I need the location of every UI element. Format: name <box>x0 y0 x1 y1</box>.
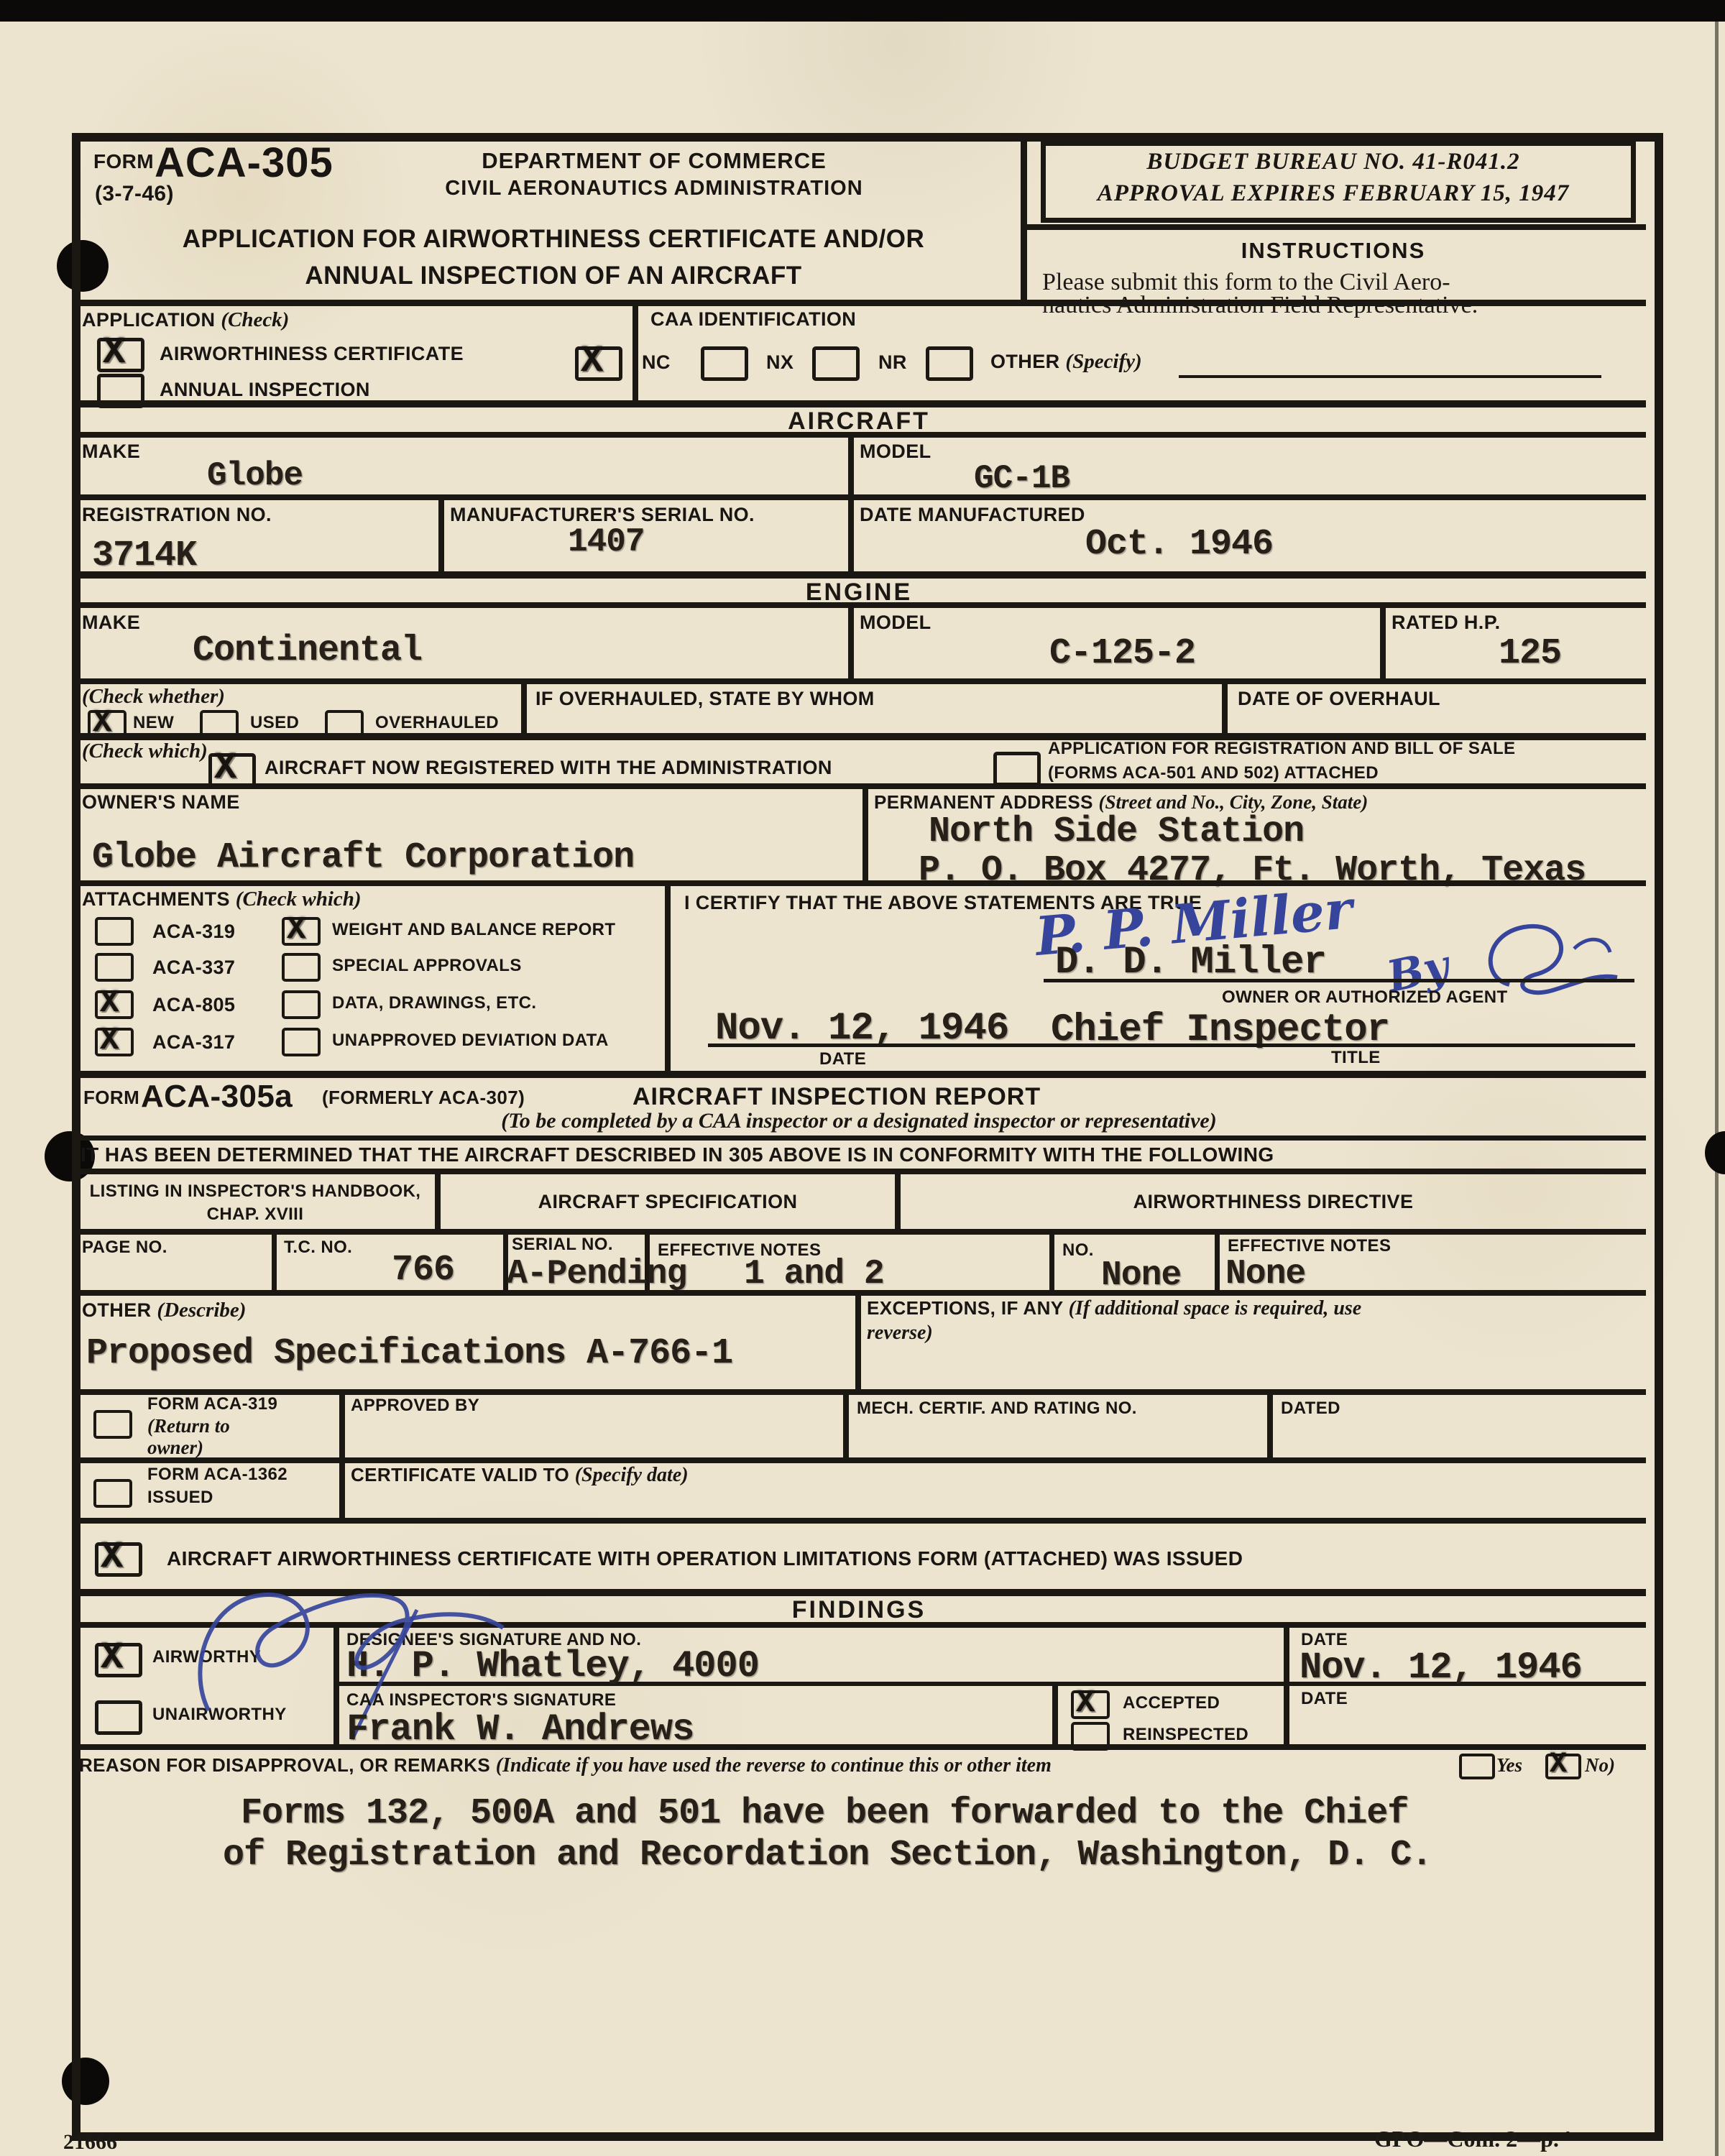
serial-no-col-value[interactable]: A-Pending <box>507 1256 686 1292</box>
aircraft-model-value[interactable]: GC-1B <box>974 461 1069 496</box>
rated-hp-label: RATED H.P. <box>1391 611 1501 634</box>
page-no-label: PAGE NO. <box>82 1238 167 1258</box>
owners-name-label: OWNER'S NAME <box>82 791 240 814</box>
engine-overhauled-label: OVERHAULED <box>375 713 499 734</box>
remarks-yes-checkbox[interactable] <box>1459 1754 1495 1779</box>
form-aca1362-label: FORM ACA-1362 <box>147 1465 287 1485</box>
certificate-valid-to-text: CERTIFICATE VALID TO <box>351 1464 575 1485</box>
inspection-report-title: AIRCRAFT INSPECTION REPORT <box>632 1082 1041 1112</box>
exceptions-label-italic2: reverse) <box>867 1322 933 1344</box>
form-title-line1: APPLICATION FOR AIRWORTHINESS CERTIFICAT… <box>122 224 985 254</box>
registered-label: AIRCRAFT NOW REGISTERED WITH THE ADMINIS… <box>264 756 832 779</box>
effective-notes-value[interactable]: 1 and 2 <box>744 1256 884 1292</box>
attachments-label: ATTACHMENTS (Check which) <box>82 887 362 912</box>
dated-label: DATED <box>1281 1399 1340 1419</box>
owner-divider <box>862 783 868 880</box>
owner-row-top <box>72 783 1646 789</box>
application-divider <box>632 300 638 400</box>
nr-label: NR <box>878 351 907 374</box>
engine-model-divider <box>848 602 854 678</box>
engine-make-value[interactable]: Continental <box>193 632 422 671</box>
overhaul-date-label: DATE OF OVERHAUL <box>1238 687 1440 710</box>
ad-no-value[interactable]: None <box>1101 1258 1181 1294</box>
aircraft-spec-header: AIRCRAFT SPECIFICATION <box>441 1190 895 1213</box>
nr-checkbox[interactable] <box>812 346 860 381</box>
aca-319-label: ACA-319 <box>152 920 235 943</box>
aca305a-subtitle-line <box>72 1135 1646 1141</box>
spec-header-divider1 <box>435 1169 441 1229</box>
findings-divider-accepted <box>1052 1682 1058 1744</box>
mech-certif-label: MECH. CERTIF. AND RATING NO. <box>857 1399 1137 1419</box>
aircraft-band-top <box>72 400 1646 407</box>
serial-no-value[interactable]: 1407 <box>568 525 644 559</box>
special-approvals-label: SPECIAL APPROVALS <box>332 956 522 977</box>
determination-bottom <box>72 1169 1646 1174</box>
exceptions-label-text: EXCEPTIONS, IF ANY <box>867 1297 1069 1319</box>
determination-statement: IT HAS BEEN DETERMINED THAT THE AIRCRAFT… <box>80 1143 1274 1167</box>
other-describe-value[interactable]: Proposed Specifications A-766-1 <box>86 1335 732 1373</box>
engine-band-bottom <box>72 602 1646 608</box>
listing-header-line2: CHAP. XVIII <box>75 1204 435 1225</box>
application-label-italic: (Check) <box>221 308 289 331</box>
other-id-label: OTHER (Specify) <box>990 349 1142 374</box>
application-attached-line1: APPLICATION FOR REGISTRATION AND BILL OF… <box>1048 739 1515 760</box>
findings-date2-label: DATE <box>1301 1689 1348 1710</box>
make-model-divider <box>848 432 854 494</box>
reinspected-label: REINSPECTED <box>1123 1725 1248 1746</box>
engine-row-bottom <box>72 678 1646 684</box>
serial-no-col-label: SERIAL NO. <box>512 1235 613 1256</box>
spec-header-divider2 <box>895 1169 901 1229</box>
aircraft-make-label: MAKE <box>82 440 140 463</box>
listing-header-line1: LISTING IN INSPECTOR'S HANDBOOK, <box>75 1181 435 1202</box>
inspection-report-subtitle: (To be completed by a CAA inspector or a… <box>72 1108 1646 1134</box>
accepted-checkbox[interactable] <box>1071 1690 1110 1719</box>
check-which-label: (Check which) <box>82 739 208 764</box>
registered-checkbox[interactable] <box>208 753 256 788</box>
scan-blob-right <box>1705 1131 1725 1174</box>
instructions-title: INSTRUCTIONS <box>1046 237 1621 264</box>
form-aca319-return-line2: owner) <box>147 1436 203 1459</box>
certificate-valid-to-label: CERTIFICATE VALID TO (Specify date) <box>351 1463 689 1488</box>
engine-used-label: USED <box>250 713 299 734</box>
application-attached-line2: (FORMS ACA-501 AND 502) ATTACHED <box>1048 763 1379 784</box>
attachments-divider <box>665 880 671 1071</box>
footer-print-code: 21666 <box>63 2130 117 2155</box>
airworthiness-directive-header: AIRWORTHINESS DIRECTIVE <box>901 1190 1646 1213</box>
other-describe-label: OTHER (Describe) <box>82 1298 246 1323</box>
department-line1: DEPARTMENT OF COMMERCE <box>331 147 977 174</box>
aca-317-checkbox[interactable] <box>95 1028 134 1056</box>
aca-317-label: ACA-317 <box>152 1031 235 1054</box>
values-divider4 <box>1049 1229 1054 1290</box>
caa-identification-label: CAA IDENTIFICATION <box>650 308 856 331</box>
attachments-row-top <box>72 880 1646 886</box>
remarks-no-checkbox[interactable] <box>1545 1754 1581 1779</box>
registration-divider1 <box>438 494 444 571</box>
budget-line2: APPROVAL EXPIRES FEBRUARY 15, 1947 <box>1046 180 1621 208</box>
accepted-label: ACCEPTED <box>1123 1693 1220 1714</box>
data-drawings-label: DATA, DRAWINGS, ETC. <box>332 993 536 1014</box>
other-describe-label-italic: (Describe) <box>157 1299 246 1322</box>
other-id-label-italic: (Specify) <box>1065 350 1141 373</box>
scanned-form-page: FORM ACA-305 (3-7-46) DEPARTMENT OF COMM… <box>0 0 1725 2156</box>
aircraft-model-label: MODEL <box>860 440 931 463</box>
aca-319-checkbox[interactable] <box>95 917 134 946</box>
aca305a-form-label: FORM <box>83 1087 139 1109</box>
registration-divider2 <box>848 494 854 571</box>
ad-no-label: NO. <box>1062 1240 1094 1261</box>
remarks-no-label: No) <box>1585 1754 1615 1777</box>
aca-337-checkbox[interactable] <box>95 953 134 982</box>
application-label-text: APPLICATION <box>82 309 221 331</box>
remarks-yes-label: Yes <box>1496 1754 1522 1777</box>
header-divider <box>1021 133 1027 300</box>
values-divider5 <box>1215 1229 1220 1290</box>
engine-make-label: MAKE <box>82 611 140 634</box>
weight-balance-checkbox[interactable] <box>282 917 321 946</box>
date-manufactured-value[interactable]: Oct. 1946 <box>1085 526 1273 564</box>
make-row-bottom <box>72 494 1646 500</box>
budget-line1: BUDGET BUREAU NO. 41-R041.2 <box>1046 148 1621 177</box>
owner-signature-line[interactable] <box>1044 979 1634 982</box>
cert-issued-row-top <box>72 1518 1646 1524</box>
engine-new-label: NEW <box>133 713 174 734</box>
other-id-checkbox[interactable] <box>926 346 973 381</box>
registration-no-value[interactable]: 3714K <box>92 538 196 576</box>
engine-hp-divider <box>1380 602 1386 678</box>
aca319-divider2 <box>843 1389 849 1457</box>
other-describe-label-text: OTHER <box>82 1299 157 1321</box>
spec-values-top <box>72 1229 1646 1235</box>
scan-top-edge <box>0 0 1725 22</box>
aircraft-band-bottom <box>72 432 1646 438</box>
form-aca319-label: FORM ACA-319 <box>147 1394 277 1415</box>
instructions-top-line <box>1021 224 1646 230</box>
annual-inspection-label: ANNUAL INSPECTION <box>160 378 370 401</box>
owner-agent-label: OWNER OR AUTHORIZED AGENT <box>1222 987 1508 1008</box>
certificate-valid-to-italic: (Specify date) <box>575 1464 689 1486</box>
unapproved-deviation-checkbox[interactable] <box>282 1028 321 1056</box>
other-divider <box>855 1290 861 1389</box>
aca-805-label: ACA-805 <box>152 993 235 1016</box>
remarks-line1[interactable]: Forms 132, 500A and 501 have been forwar… <box>241 1795 1408 1833</box>
date-manufactured-label: DATE MANUFACTURED <box>860 503 1085 526</box>
nx-checkbox[interactable] <box>701 346 748 381</box>
application-label: APPLICATION (Check) <box>82 308 289 333</box>
form-title-line2: ANNUAL INSPECTION OF AN AIRCRAFT <box>122 261 985 291</box>
owner-signature-typed[interactable]: D. D. Miller <box>1055 943 1326 984</box>
attachments-label-italic: (Check which) <box>236 888 362 911</box>
data-drawings-checkbox[interactable] <box>282 990 321 1019</box>
form-aca1362-checkbox[interactable] <box>93 1479 132 1508</box>
overhaul-divider2 <box>1222 678 1228 733</box>
permanent-address-label: PERMANENT ADDRESS (Street and No., City,… <box>874 791 1368 814</box>
remarks-row-top <box>72 1744 1646 1750</box>
findings-date-value[interactable]: Nov. 12, 1946 <box>1299 1649 1582 1688</box>
exceptions-label-italic: (If additional space is required, use <box>1069 1297 1362 1319</box>
header-bottom-line <box>72 300 1646 306</box>
overhaul-divider1 <box>521 678 527 733</box>
aca-337-label: ACA-337 <box>152 956 235 979</box>
aca1362-row-top <box>72 1457 1646 1463</box>
nc-checkbox[interactable] <box>575 346 622 381</box>
special-approvals-checkbox[interactable] <box>282 953 321 982</box>
permanent-address-label-text: PERMANENT ADDRESS <box>874 791 1098 813</box>
unapproved-deviation-label: UNAPPROVED DEVIATION DATA <box>332 1031 609 1051</box>
airworthy-checkbox[interactable] <box>95 1643 142 1677</box>
form-number: ACA-305 <box>155 138 333 188</box>
aca305a-formerly: (FORMERLY ACA-307) <box>322 1087 525 1109</box>
address-line1-value[interactable]: North Side Station <box>929 814 1304 852</box>
ad-effective-notes-value[interactable]: None <box>1225 1256 1305 1292</box>
owners-name-value[interactable]: Globe Aircraft Corporation <box>92 839 634 877</box>
ad-effective-notes-label: EFFECTIVE NOTES <box>1228 1236 1391 1257</box>
aircraft-make-value[interactable]: Globe <box>207 459 303 493</box>
weight-balance-label: WEIGHT AND BALANCE REPORT <box>332 920 615 941</box>
permanent-address-label-italic: (Street and No., City, Zone, State) <box>1098 791 1368 813</box>
aca319-divider3 <box>1267 1389 1273 1457</box>
form-label: FORM <box>93 149 154 174</box>
aca319-row-top <box>72 1389 1646 1395</box>
remarks-label-text: REASON FOR DISAPPROVAL, OR REMARKS <box>79 1754 496 1776</box>
exceptions-label: EXCEPTIONS, IF ANY (If additional space … <box>867 1296 1629 1345</box>
rated-hp-value[interactable]: 125 <box>1499 635 1561 673</box>
scan-right-edge <box>1715 22 1719 2156</box>
overhaul-by-label: IF OVERHAULED, STATE BY WHOM <box>535 687 875 710</box>
airworthiness-certificate-label: AIRWORTHINESS CERTIFICATE <box>160 342 464 365</box>
form-aca319-checkbox[interactable] <box>93 1410 132 1439</box>
attachments-label-text: ATTACHMENTS <box>82 888 236 910</box>
nx-label: NX <box>766 351 793 374</box>
approved-by-label: APPROVED BY <box>351 1396 479 1416</box>
remarks-label-italic: (Indicate if you have used the reverse t… <box>496 1754 1052 1777</box>
nc-label: NC <box>642 351 671 374</box>
remarks-label: REASON FOR DISAPPROVAL, OR REMARKS (Indi… <box>79 1754 1052 1778</box>
values-divider1 <box>272 1229 277 1290</box>
other-id-label-text: OTHER <box>990 351 1065 372</box>
engine-model-label: MODEL <box>860 611 931 634</box>
engine-model-value[interactable]: C-125-2 <box>1049 635 1195 673</box>
instructions-line2: nautics Administration Field Representat… <box>1042 275 1478 323</box>
form-revision: (3-7-46) <box>95 181 174 207</box>
engine-band-top <box>72 571 1646 579</box>
other-id-input-line[interactable] <box>1179 375 1601 378</box>
aca-805-checkbox[interactable] <box>95 990 134 1019</box>
remarks-line2[interactable]: of Registration and Recordation Section,… <box>223 1837 1432 1875</box>
certify-date-label: DATE <box>819 1049 866 1070</box>
registration-no-label: REGISTRATION NO. <box>82 503 272 526</box>
form-aca319-return-line1: (Return to <box>147 1414 230 1437</box>
application-attached-checkbox[interactable] <box>993 752 1041 786</box>
tc-no-label: T.C. NO. <box>284 1238 352 1258</box>
aca319-divider1 <box>339 1389 345 1518</box>
aca305a-top <box>72 1071 1646 1078</box>
certify-title-label: TITLE <box>1331 1048 1381 1069</box>
airworthiness-certificate-checkbox[interactable] <box>97 338 144 372</box>
airworthiness-cert-issued-checkbox[interactable] <box>95 1542 142 1577</box>
form-aca1362-issued-label: ISSUED <box>147 1488 213 1508</box>
unairworthy-checkbox[interactable] <box>95 1700 142 1735</box>
certify-date-title-line[interactable] <box>708 1044 1635 1047</box>
tc-no-value[interactable]: 766 <box>392 1252 454 1290</box>
department-line2: CIVIL AERONAUTICS ADMINISTRATION <box>331 176 977 201</box>
footer-gpo: GPO—Com. 2—p. ' <box>1374 2126 1571 2152</box>
